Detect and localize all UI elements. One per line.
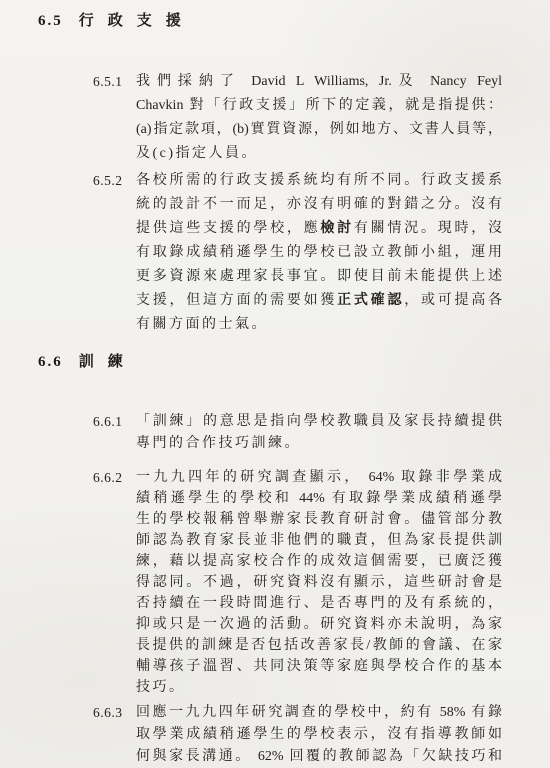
text-line: 績稍遜學生的學校和 44% 有取錄學業成績稍遜學: [136, 488, 502, 509]
text-line: 生的學校報稱曾舉辦家長教育研討會。儘管部分教: [136, 509, 502, 530]
clause-number: 6.6.3: [93, 702, 136, 724]
section-number: 6.6: [38, 354, 63, 370]
text-line: 得認同。不過，研究資料沒有顯示，這些研討會是: [136, 572, 502, 593]
document-page: 6.5行政支援 6.5.1 我們採納了 David L Williams, Jr…: [0, 0, 550, 768]
clause-6-5-1: 6.5.1 我們採納了 David L Williams, Jr.及 Nancy…: [93, 70, 502, 166]
text-line: 否持續在一段時間進行、是否專門的及有系統的，: [136, 593, 502, 614]
section-title: 行政支援: [79, 13, 195, 29]
text-line: 專門的合作技巧訓練。: [136, 433, 502, 455]
text-line: 更多資源來處理家長事宜。即使目前未能提供上述: [136, 265, 502, 289]
text-line: 回應一九九四年研究調查的學校中，約有 58% 有錄: [136, 702, 502, 724]
text-segment: 支援，但這方面的需要如獲: [136, 293, 337, 308]
text-line: 技巧。: [136, 677, 502, 698]
clause-6-5-2: 6.5.2 各校所需的行政支援系統均有所不同。行政支援系 統的設計不一而足，亦沒…: [93, 169, 502, 337]
text-line: 師認為教育家長並非他們的職責，但為家長提供訓: [136, 530, 502, 551]
text-line: 及(c)指定人員。: [136, 142, 502, 166]
section-heading-6-5: 6.5行政支援: [38, 9, 195, 30]
text-line: 取學業成績稍遜學生的學校表示，沒有指導教師如: [136, 724, 502, 746]
text-line: 提供這些支援的學校，應檢討有關情況。現時，沒: [136, 217, 502, 241]
text-segment: ，或可提高各: [404, 293, 502, 308]
text-line: 支援，但這方面的需要如獲正式確認，或可提高各: [136, 289, 502, 313]
text-segment: 提供這些支援的學校，應: [136, 221, 320, 236]
clause-body: 我們採納了 David L Williams, Jr.及 Nancy Feyl …: [136, 70, 502, 166]
text-line: 長提供的訓練是否包括改善家長/教師的會議、在家: [136, 635, 502, 656]
text-line: 一九九四年的研究調查顯示， 64% 取錄非學業成: [136, 467, 502, 488]
section-heading-6-6: 6.6訓練: [38, 350, 137, 371]
text-line: (a)指定款項，(b)實質資源，例如地方、文書人員等，: [136, 118, 502, 142]
section-title: 訓練: [79, 354, 137, 370]
clause-6-6-1: 6.6.1 「訓練」的意思是指向學校教職員及家長持續提供 專門的合作技巧訓練。: [93, 411, 502, 455]
text-line: 「訓練」的意思是指向學校教職員及家長持續提供: [136, 411, 502, 433]
clause-body: 回應一九九四年研究調查的學校中，約有 58% 有錄 取學業成績稍遜學生的學校表示…: [136, 702, 502, 768]
text-line: Chavkin 對「行政支援」所下的定義，就是指提供：: [136, 94, 502, 118]
text-line: 統的設計不一而足，亦沒有明確的對錯之分。沒有: [136, 193, 502, 217]
emphasized-text: 正式確認: [337, 293, 404, 308]
text-line: 練，藉以提高家校合作的成效這個需要，已廣泛獲: [136, 551, 502, 572]
clause-number: 6.5.1: [93, 70, 136, 94]
clause-6-6-2: 6.6.2 一九九四年的研究調查顯示， 64% 取錄非學業成 績稍遜學生的學校和…: [93, 467, 502, 698]
emphasized-text: 檢討: [320, 221, 354, 236]
clause-number: 6.6.1: [93, 411, 136, 433]
clause-body: 各校所需的行政支援系統均有所不同。行政支援系 統的設計不一而足，亦沒有明確的對錯…: [136, 169, 502, 337]
clause-body: 一九九四年的研究調查顯示， 64% 取錄非學業成 績稍遜學生的學校和 44% 有…: [136, 467, 502, 698]
clause-number: 6.6.2: [93, 467, 136, 488]
clause-6-6-3: 6.6.3 回應一九九四年研究調查的學校中，約有 58% 有錄 取學業成績稍遜學…: [93, 702, 502, 768]
section-number: 6.5: [38, 13, 63, 29]
text-segment: 有關情況。現時，沒: [354, 221, 502, 236]
clause-body: 「訓練」的意思是指向學校教職員及家長持續提供 專門的合作技巧訓練。: [136, 411, 502, 455]
text-line: 有關方面的士氣。: [136, 313, 502, 337]
text-line: 有取錄成績稍遜學生的學校已設立教師小組，運用: [136, 241, 502, 265]
text-line: 抑或只是一次過的活動。研究資料亦未說明，為家: [136, 614, 502, 635]
text-line: 我們採納了 David L Williams, Jr.及 Nancy Feyl: [136, 70, 502, 94]
clause-number: 6.5.2: [93, 169, 136, 193]
text-line: 何與家長溝通。 62% 回覆的教師認為「欠缺技巧和: [136, 746, 502, 768]
text-line: 輔導孩子溫習、共同決策等家庭與學校合作的基本: [136, 656, 502, 677]
text-line: 各校所需的行政支援系統均有所不同。行政支援系: [136, 169, 502, 193]
